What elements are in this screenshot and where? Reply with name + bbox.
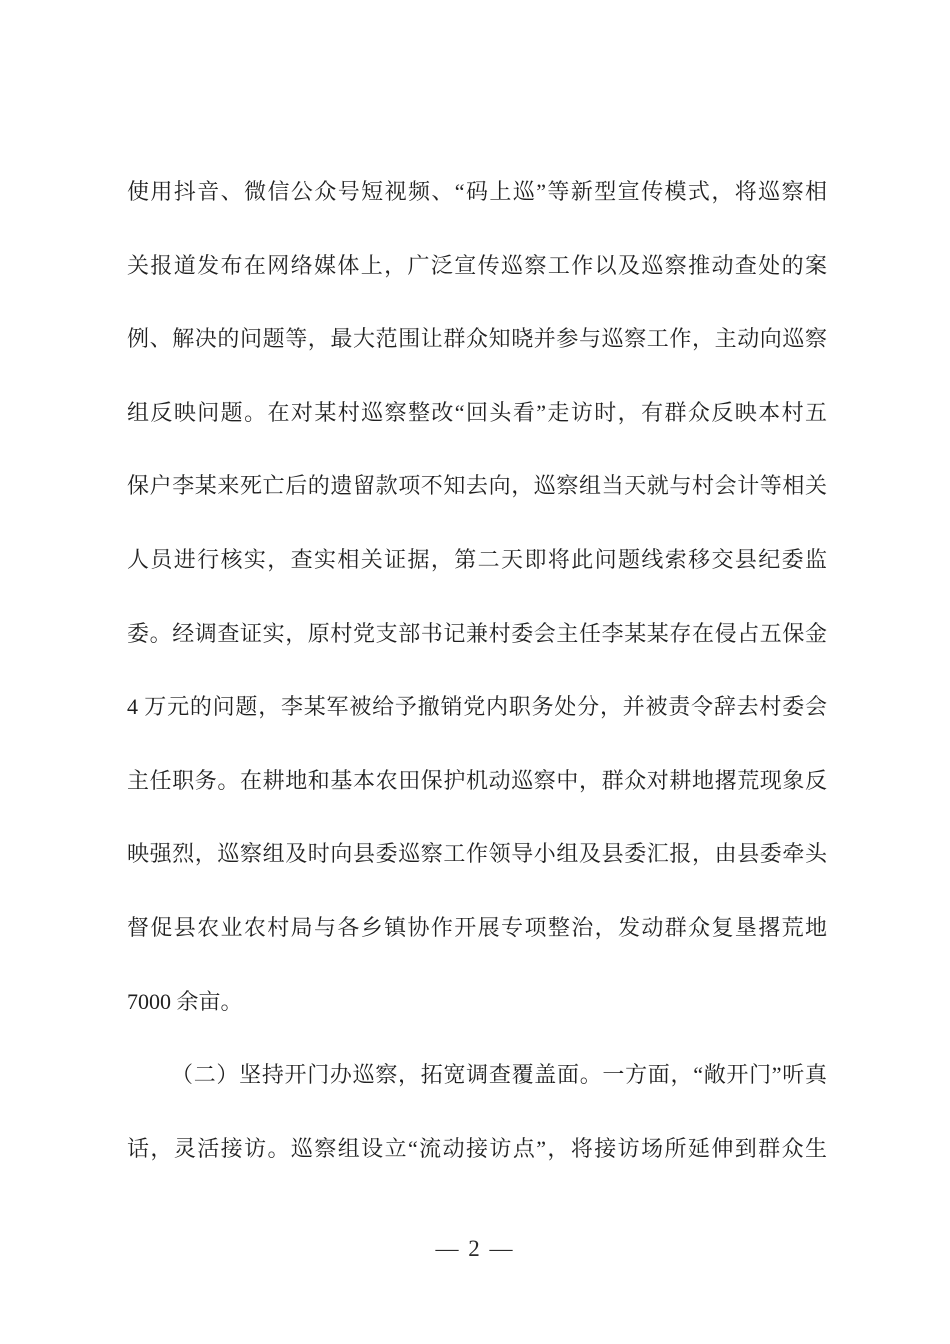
text-line: 人员进行核实，查实相关证据，第二天即将此问题线索移交县纪委监 <box>127 523 827 597</box>
text-line: 关报道发布在网络媒体上，广泛宣传巡察工作以及巡察推动查处的案 <box>127 229 827 303</box>
section-heading-line: （二）坚持开门办巡察，拓宽调查覆盖面。一方面，“敞开门”听真 <box>127 1038 827 1112</box>
page-number: — 2 — <box>436 1236 515 1261</box>
text-line: 主任职务。在耕地和基本农田保护机动巡察中，群众对耕地撂荒现象反 <box>127 744 827 818</box>
text-line: 保户李某来死亡后的遗留款项不知去向，巡察组当天就与村会计等相关 <box>127 449 827 523</box>
document-page: 使用抖音、微信公众号短视频、“码上巡”等新型宣传模式，将巡察相 关报道发布在网络… <box>0 0 950 1344</box>
text-line: 例、解决的问题等，最大范围让群众知晓并参与巡察工作，主动向巡察 <box>127 302 827 376</box>
document-body: 使用抖音、微信公众号短视频、“码上巡”等新型宣传模式，将巡察相 关报道发布在网络… <box>127 155 827 1185</box>
text-line: 委。经调查证实，原村党支部书记兼村委会主任李某某存在侵占五保金 <box>127 597 827 671</box>
text-line: 4 万元的问题，李某军被给予撤销党内职务处分，并被责令辞去村委会 <box>127 670 827 744</box>
text-line: 使用抖音、微信公众号短视频、“码上巡”等新型宣传模式，将巡察相 <box>127 155 827 229</box>
text-line: 督促县农业农村局与各乡镇协作开展专项整治，发动群众复垦撂荒地 <box>127 891 827 965</box>
page-footer: — 2 — <box>0 1236 950 1262</box>
text-line: 映强烈，巡察组及时向县委巡察工作领导小组及县委汇报，由县委牵头 <box>127 817 827 891</box>
text-line: 组反映问题。在对某村巡察整改“回头看”走访时，有群众反映本村五 <box>127 376 827 450</box>
text-line: 7000 余亩。 <box>127 965 827 1039</box>
text-line: 话，灵活接访。巡察组设立“流动接访点”，将接访场所延伸到群众生 <box>127 1112 827 1186</box>
